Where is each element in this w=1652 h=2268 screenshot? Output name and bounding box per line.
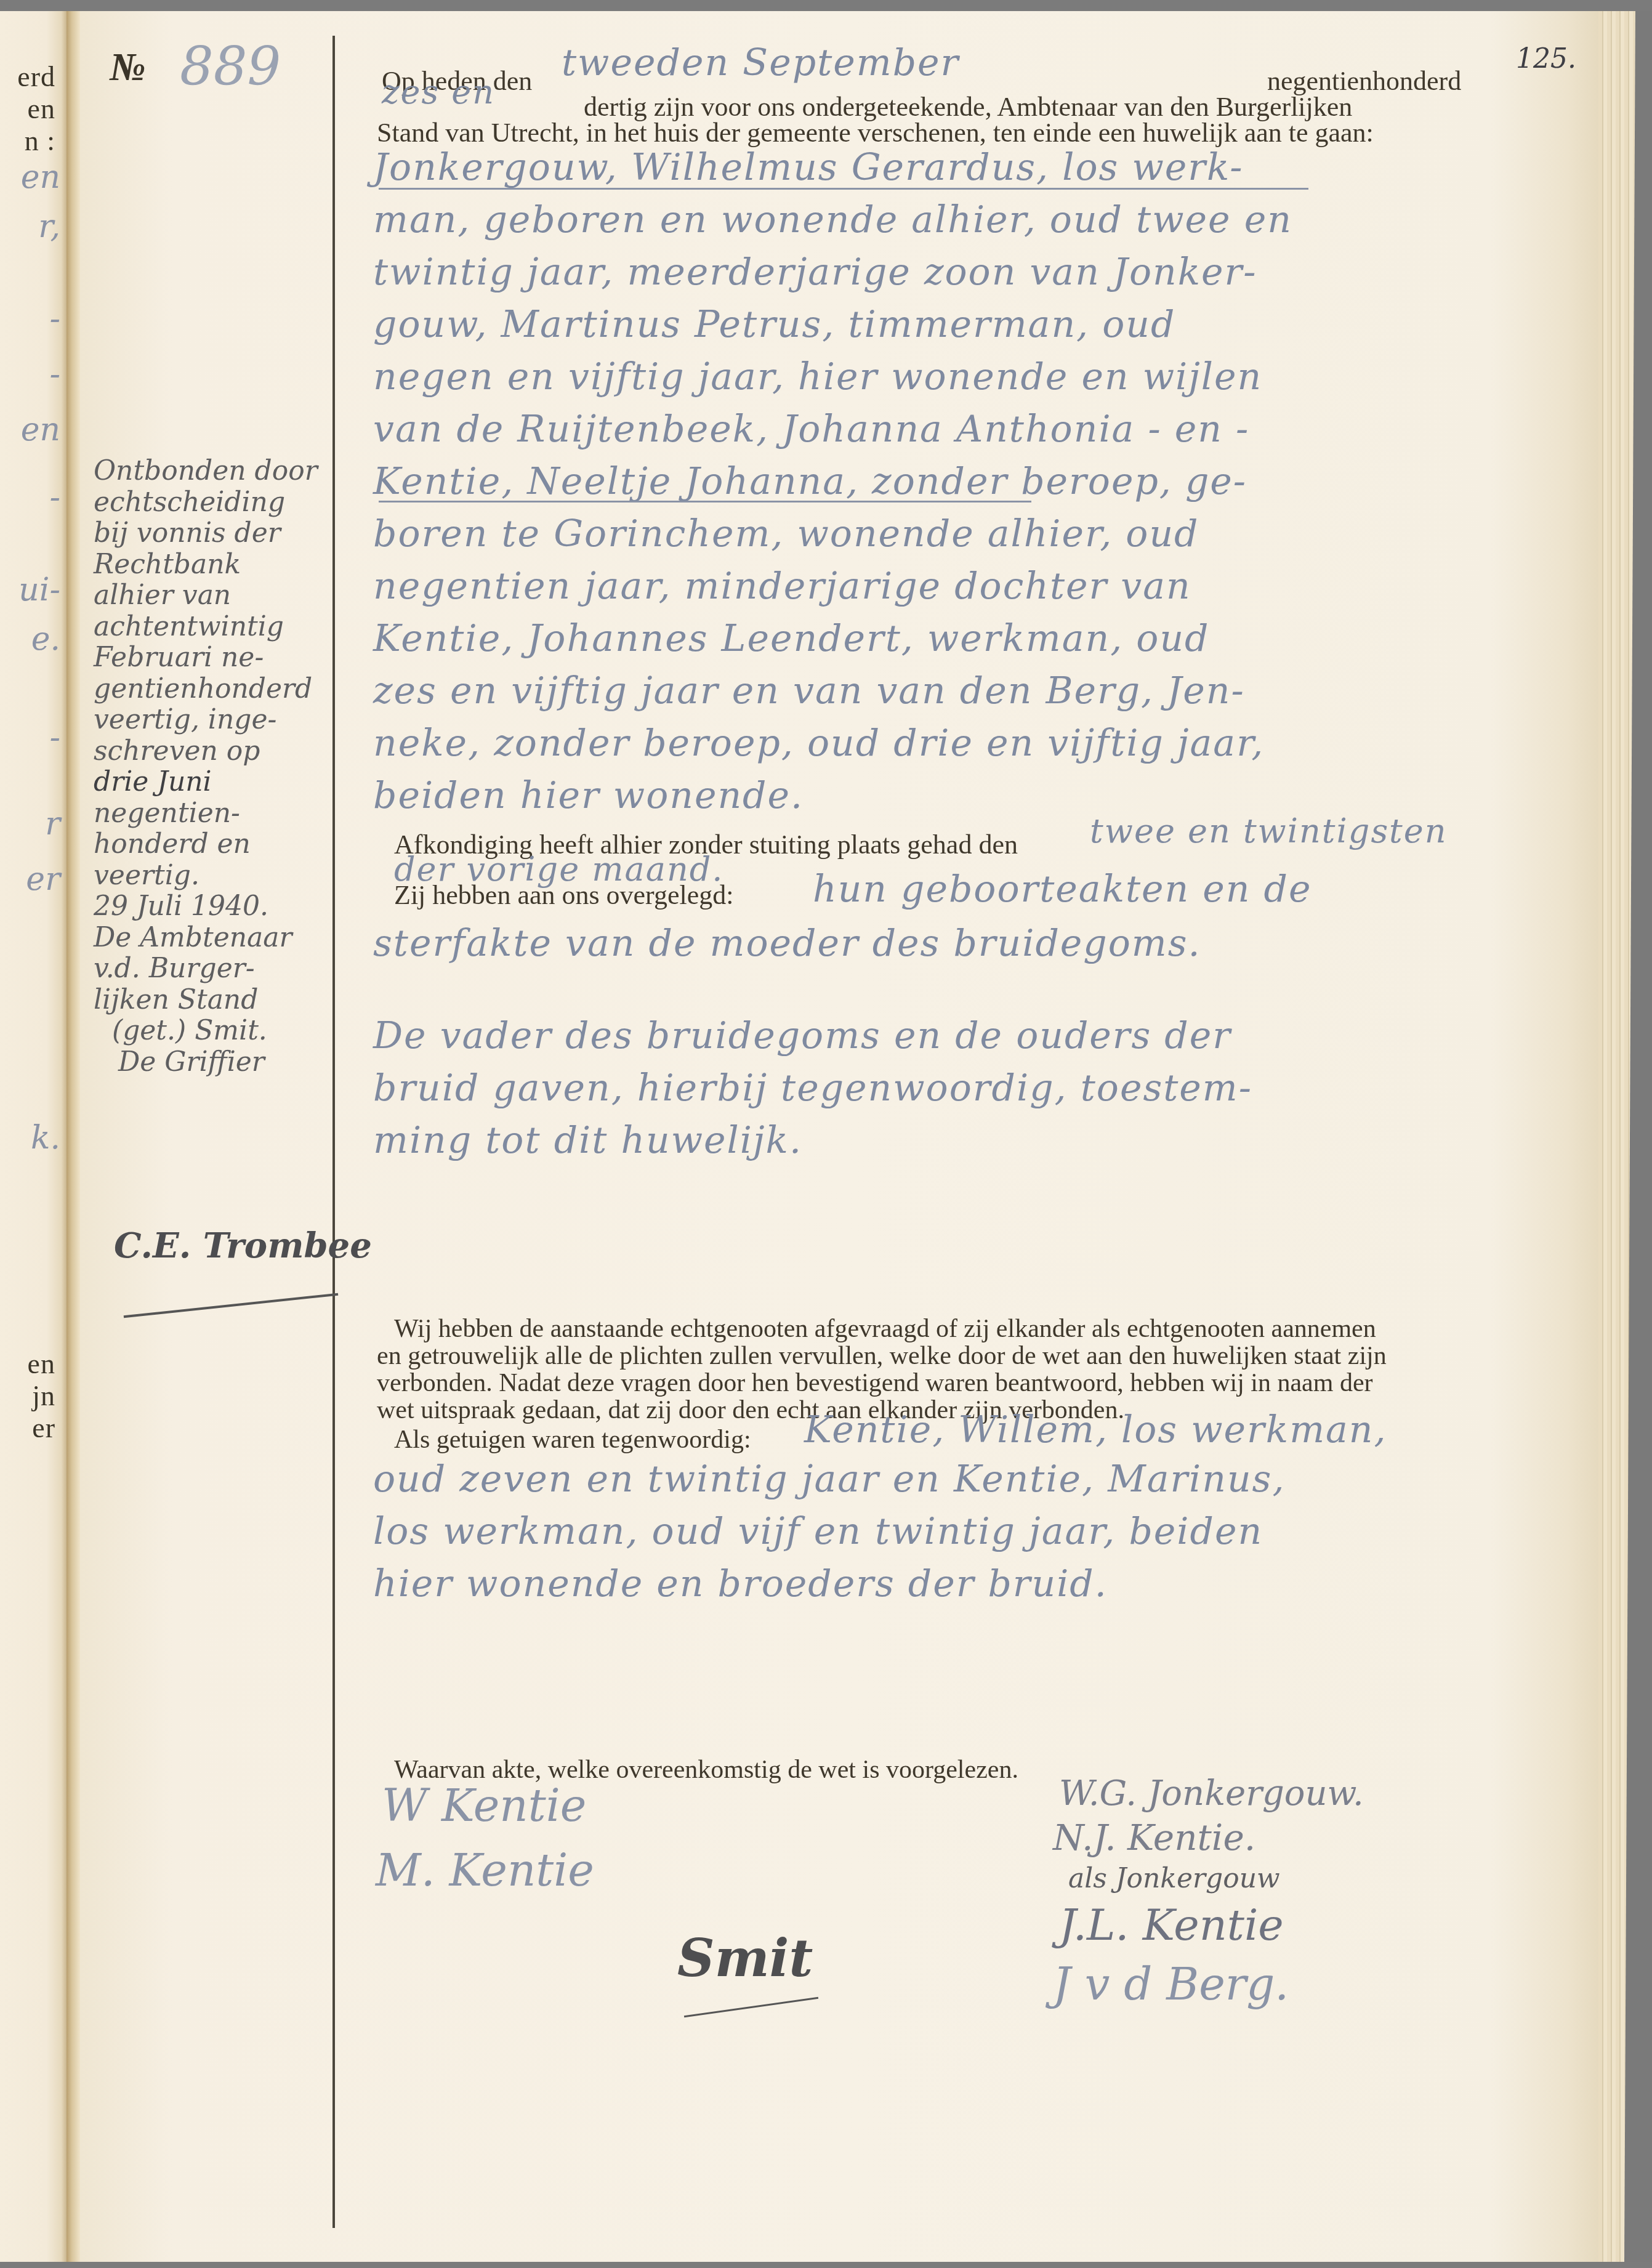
left-page-hand-fragment: k. bbox=[31, 1120, 60, 1156]
left-page-edge: erd en n : en r, - - en - ui- e. - r er … bbox=[0, 11, 66, 2268]
parties-line: man, geboren en wonende alhier, oud twee… bbox=[373, 200, 1292, 240]
parties-line: zes en vijftig jaar en van van den Berg,… bbox=[373, 671, 1245, 711]
declaration-line: en getrouwelijk alle de plichten zullen … bbox=[377, 1341, 1387, 1371]
left-page-printed-fragment: jn bbox=[32, 1379, 55, 1412]
annotation-line: bij vonnis der bbox=[94, 518, 346, 549]
documents-hand-1: hun geboorteakten en de bbox=[813, 870, 1312, 909]
griffier-signature: C.E. Trombee bbox=[114, 1225, 372, 1266]
margin-annotation: Ontbonden door echtscheiding bij vonnis … bbox=[94, 456, 346, 1078]
left-page-hand-fragment: - bbox=[49, 719, 60, 756]
left-page-hand-fragment: - bbox=[49, 356, 60, 393]
signature-left: W Kentie bbox=[382, 1780, 586, 1831]
consent-line: De vader des bruidegoms en de ouders der bbox=[373, 1016, 1231, 1055]
parties-line: neke, zonder beroep, oud drie en vijftig… bbox=[373, 724, 1264, 763]
annotation-line: Ontbonden door bbox=[94, 456, 346, 487]
parties-line: Kentie, Neeltje Johanna, zonder beroep, … bbox=[373, 462, 1247, 501]
parties-line: negen en vijftig jaar, hier wonende en w… bbox=[373, 357, 1262, 397]
witnesses-hand-line: hier wonende en broeders der bruid. bbox=[373, 1564, 1108, 1604]
annotation-line: De Griffier bbox=[94, 1047, 346, 1078]
register-page bbox=[80, 11, 1613, 2262]
annotation-line: alhier van bbox=[94, 580, 346, 611]
margin-divider-line bbox=[332, 36, 335, 2228]
parties-line: twintig jaar, meerderjarige zoon van Jon… bbox=[373, 252, 1257, 292]
bride-name-underline bbox=[379, 501, 1031, 502]
page-stack-edges bbox=[1598, 11, 1635, 2262]
hand-marriage-year: zes en bbox=[382, 73, 495, 112]
declaration-line: Wij hebben de aanstaande echtgenooten af… bbox=[394, 1314, 1376, 1344]
hand-marriage-date: tweeden September bbox=[562, 43, 959, 83]
signature-right: N.J. Kentie. bbox=[1053, 1817, 1255, 1858]
annotation-line: honderd en bbox=[94, 829, 346, 860]
annotation-line: gentienhonderd bbox=[94, 674, 346, 705]
annotation-line: lijken Stand bbox=[94, 985, 346, 1016]
annotation-line: (get.) Smit. bbox=[94, 1015, 346, 1047]
left-page-printed-fragment: erd bbox=[17, 60, 55, 93]
documents-printed: Zij hebben aan ons overgelegd: bbox=[394, 881, 733, 910]
signature-right: J v d Berg. bbox=[1053, 1958, 1289, 2010]
annotation-line: achtentwintig bbox=[94, 611, 346, 643]
scan-background-bottom bbox=[0, 2262, 1652, 2268]
annotation-line: De Ambtenaar bbox=[94, 922, 346, 954]
consent-line: bruid gaven, hierbij tegenwoordig, toest… bbox=[373, 1068, 1252, 1108]
intro-printed-4: Stand van Utrecht, in het huis der gemee… bbox=[377, 118, 1374, 148]
record-number: 889 bbox=[180, 36, 281, 97]
signature-right: W.G. Jonkergouw. bbox=[1059, 1774, 1364, 1814]
scan-background-top bbox=[0, 0, 1652, 11]
proclamation-hand-1: twee en twintigsten bbox=[1090, 812, 1448, 851]
documents-hand-2: sterfakte van de moeder des bruidegoms. bbox=[373, 924, 1201, 963]
annotation-line: veertig, inge- bbox=[94, 704, 346, 736]
signature-right: als Jonkergouw bbox=[1068, 1863, 1280, 1894]
annotation-line: negentien- bbox=[94, 798, 346, 829]
signature-official: Smit bbox=[677, 1927, 813, 1988]
signature-left: M. Kentie bbox=[376, 1844, 594, 1896]
left-page-hand-fragment: er bbox=[26, 861, 60, 898]
left-page-printed-fragment: n : bbox=[25, 124, 55, 157]
left-page-hand-fragment: r bbox=[45, 805, 60, 842]
left-page-hand-fragment: - bbox=[49, 479, 60, 516]
annotation-line: schreven op bbox=[94, 736, 346, 767]
left-page-hand-fragment: e. bbox=[31, 621, 60, 658]
left-page-printed-fragment: er bbox=[32, 1411, 55, 1444]
parties-line: boren te Gorinchem, wonende alhier, oud bbox=[373, 514, 1199, 554]
declaration-line: verbonden. Nadat deze vragen door hen be… bbox=[377, 1368, 1373, 1398]
left-page-hand-fragment: - bbox=[49, 301, 60, 337]
parties-line: Kentie, Johannes Leendert, werkman, oud bbox=[373, 619, 1209, 658]
annotation-line: drie Juni bbox=[94, 767, 346, 798]
witnesses-hand-line: Kentie, Willem, los werkman, bbox=[804, 1410, 1387, 1450]
record-number-label: № bbox=[110, 44, 146, 90]
annotation-line: Februari ne- bbox=[94, 642, 346, 674]
witnesses-hand-line: oud zeven en twintig jaar en Kentie, Mar… bbox=[373, 1459, 1285, 1499]
book-gutter bbox=[66, 11, 80, 2268]
left-page-hand-fragment: en bbox=[21, 411, 60, 448]
left-page-printed-fragment: en bbox=[28, 92, 55, 125]
parties-line: beiden hier wonende. bbox=[373, 776, 804, 815]
annotation-line: echtscheiding bbox=[94, 487, 346, 519]
annotation-line: Rechtbank bbox=[94, 549, 346, 581]
parties-line: gouw, Martinus Petrus, timmerman, oud bbox=[373, 305, 1175, 344]
parties-line: van de Ruijtenbeek, Johanna Anthonia - e… bbox=[373, 410, 1249, 449]
witnesses-printed: Als getuigen waren tegenwoordig: bbox=[394, 1425, 751, 1455]
consent-line: ming tot dit huwelijk. bbox=[373, 1121, 802, 1160]
annotation-line: 29 Juli 1940. bbox=[94, 891, 346, 922]
left-page-hand-fragment: ui- bbox=[18, 571, 60, 608]
left-page-hand-fragment: r, bbox=[38, 208, 60, 245]
witnesses-hand-line: los werkman, oud vijf en twintig jaar, b… bbox=[373, 1512, 1263, 1551]
annotation-line: veertig. bbox=[94, 860, 346, 892]
signature-right: J.L. Kentie bbox=[1059, 1900, 1284, 1950]
parties-line: negentien jaar, minderjarige dochter van bbox=[373, 567, 1191, 606]
annotation-line: v.d. Burger- bbox=[94, 953, 346, 985]
groom-name-underline bbox=[379, 188, 1308, 190]
page-number: 125. bbox=[1516, 43, 1576, 75]
parties-line: Jonkergouw, Wilhelmus Gerardus, los werk… bbox=[373, 148, 1244, 187]
left-page-hand-fragment: en bbox=[21, 159, 60, 196]
left-page-printed-fragment: en bbox=[28, 1347, 55, 1380]
